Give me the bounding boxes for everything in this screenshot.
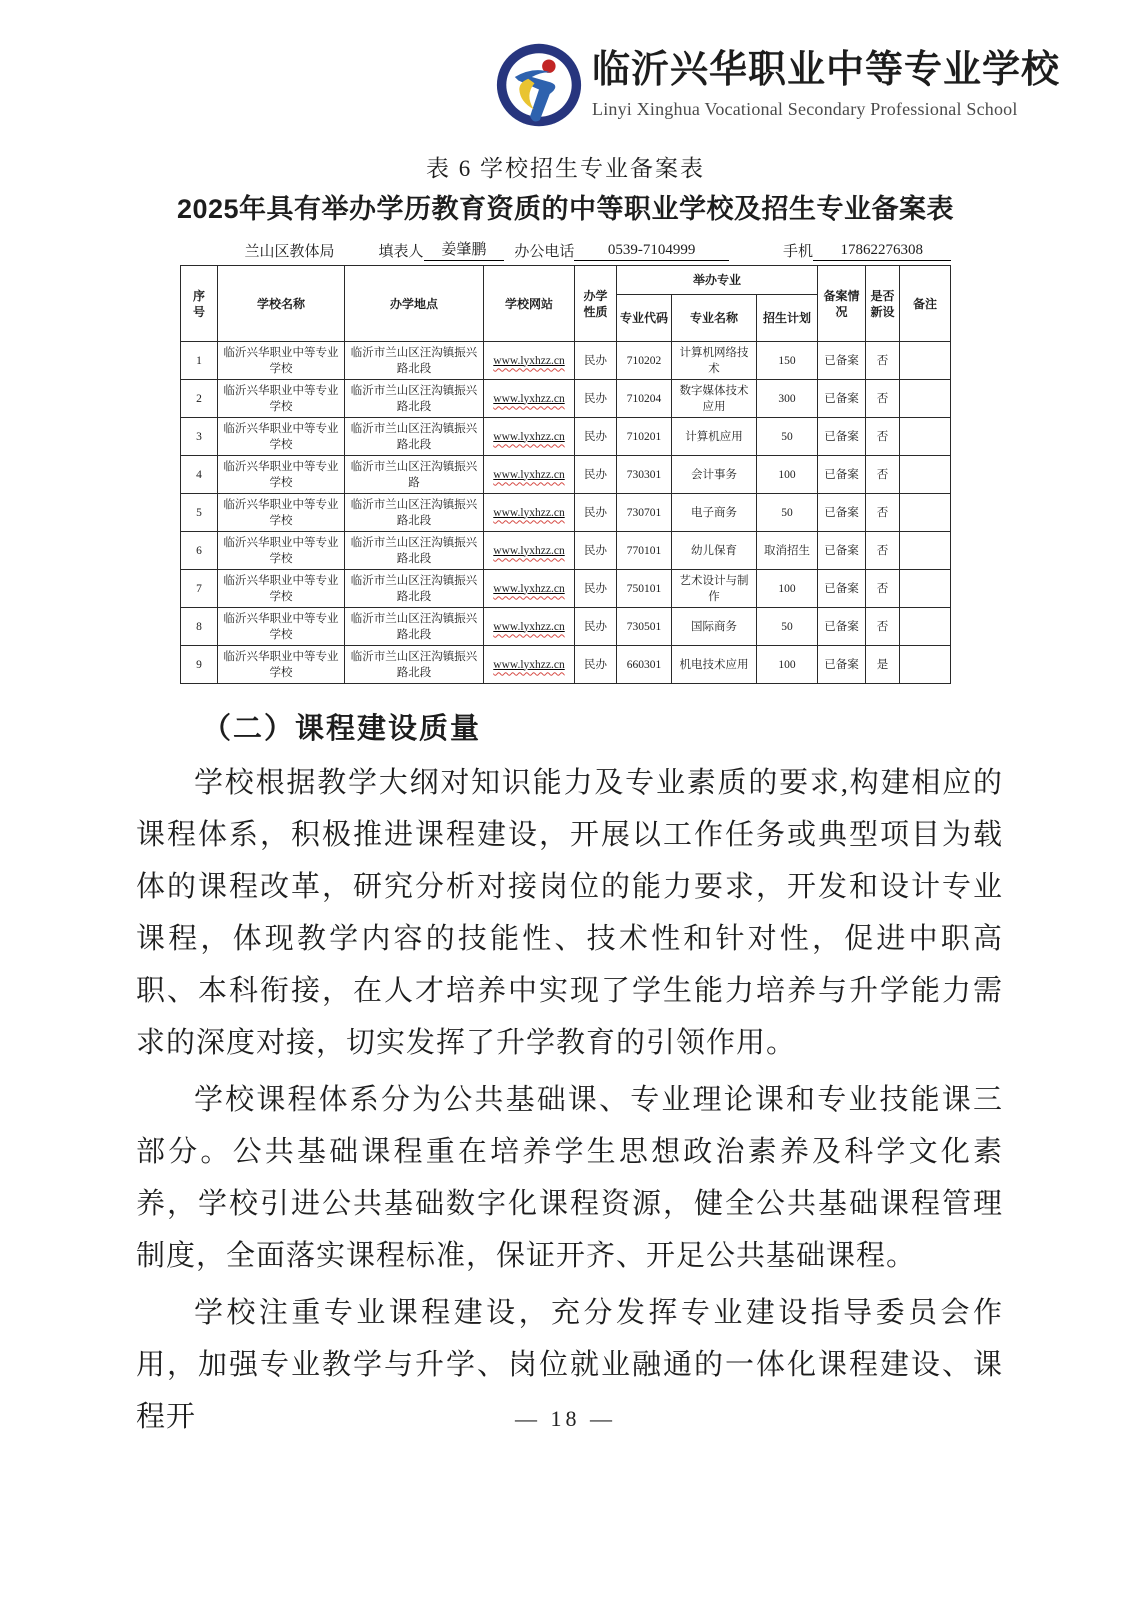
cell-is-new: 否 (866, 494, 900, 532)
cell-is-new: 否 (866, 380, 900, 418)
cell-record: 已备案 (818, 380, 866, 418)
cell-website: www.lyxhzz.cn (484, 646, 575, 684)
bureau-name: 兰山区教体局 (245, 240, 335, 261)
col-header-major-group: 举办专业 (617, 266, 818, 295)
cell-school: 临沂兴华职业中等专业学校 (218, 342, 345, 380)
cell-address: 临沂市兰山区汪沟镇振兴路北段 (345, 608, 484, 646)
cell-record: 已备案 (818, 456, 866, 494)
table-row: 2临沂兴华职业中等专业学校临沂市兰山区汪沟镇振兴路北段www.lyxhzz.cn… (181, 380, 951, 418)
cell-nature: 民办 (575, 342, 617, 380)
cell-plan: 150 (757, 342, 818, 380)
table-row: 6临沂兴华职业中等专业学校临沂市兰山区汪沟镇振兴路北段www.lyxhzz.cn… (181, 532, 951, 570)
cell-major: 会计事务 (672, 456, 757, 494)
filler-value: 姜肇鹏 (424, 240, 505, 261)
cell-address: 临沂市兰山区汪沟镇振兴路北段 (345, 532, 484, 570)
website-link: www.lyxhzz.cn (493, 545, 564, 557)
cell-code: 770101 (617, 532, 672, 570)
cell-school: 临沂兴华职业中等专业学校 (218, 532, 345, 570)
cell-website: www.lyxhzz.cn (484, 570, 575, 608)
body-content: （二）课程建设质量 学校根据教学大纲对知识能力及专业素质的要求,构建相应的课程体… (136, 706, 1003, 1443)
cell-code: 660301 (617, 646, 672, 684)
website-link: www.lyxhzz.cn (493, 355, 564, 367)
registration-table: 序号 学校名称 办学地点 学校网站 办学性质 举办专业 备案情况 是否新设 备注… (180, 265, 951, 684)
cell-address: 临沂市兰山区汪沟镇振兴路北段 (345, 380, 484, 418)
doc-title: 2025年具有举办学历教育资质的中等职业学校及招生专业备案表 (0, 187, 1131, 226)
section-heading: （二）课程建设质量 (136, 706, 1003, 752)
cell-address: 临沂市兰山区汪沟镇振兴路北段 (345, 494, 484, 532)
document-page: 临沂兴华职业中等专业学校 Linyi Xinghua Vocational Se… (0, 0, 1131, 1600)
cell-num: 1 (181, 342, 218, 380)
table-row: 8临沂兴华职业中等专业学校临沂市兰山区汪沟镇振兴路北段www.lyxhzz.cn… (181, 608, 951, 646)
cell-major: 幼儿保育 (672, 532, 757, 570)
cell-nature: 民办 (575, 380, 617, 418)
cell-note (900, 608, 951, 646)
cell-note (900, 646, 951, 684)
cell-num: 8 (181, 608, 218, 646)
cell-school: 临沂兴华职业中等专业学校 (218, 646, 345, 684)
cell-school: 临沂兴华职业中等专业学校 (218, 608, 345, 646)
col-header-record: 备案情况 (818, 266, 866, 342)
cell-num: 9 (181, 646, 218, 684)
school-name-cn: 临沂兴华职业中等专业学校 (592, 42, 1060, 99)
cell-school: 临沂兴华职业中等专业学校 (218, 456, 345, 494)
cell-num: 3 (181, 418, 218, 456)
cell-major: 数字媒体技术应用 (672, 380, 757, 418)
cell-is-new: 是 (866, 646, 900, 684)
cell-code: 730701 (617, 494, 672, 532)
website-link: www.lyxhzz.cn (493, 659, 564, 671)
cell-major: 国际商务 (672, 608, 757, 646)
paragraphs-container: 学校根据教学大纲对知识能力及专业素质的要求,构建相应的课程体系，积极推进课程建设… (136, 757, 1003, 1443)
cell-note (900, 494, 951, 532)
website-link: www.lyxhzz.cn (493, 621, 564, 633)
cell-nature: 民办 (575, 570, 617, 608)
body-paragraph: 学校根据教学大纲对知识能力及专业素质的要求,构建相应的课程体系，积极推进课程建设… (136, 757, 1003, 1069)
website-link: www.lyxhzz.cn (493, 469, 564, 481)
table-body: 1临沂兴华职业中等专业学校临沂市兰山区汪沟镇振兴路北段www.lyxhzz.cn… (181, 342, 951, 684)
cell-code: 710204 (617, 380, 672, 418)
cell-is-new: 否 (866, 342, 900, 380)
cell-address: 临沂市兰山区汪沟镇振兴路 (345, 456, 484, 494)
cell-website: www.lyxhzz.cn (484, 418, 575, 456)
form-line: 兰山区教体局 填表人 姜肇鹏 办公电话 0539-7104999 手机 1786… (181, 240, 951, 261)
office-phone-value: 0539-7104999 (574, 240, 729, 261)
cell-address: 临沂市兰山区汪沟镇振兴路北段 (345, 646, 484, 684)
cell-is-new: 否 (866, 532, 900, 570)
cell-is-new: 否 (866, 608, 900, 646)
school-logo-icon (494, 42, 584, 128)
school-name-block: 临沂兴华职业中等专业学校 Linyi Xinghua Vocational Se… (592, 42, 1060, 120)
cell-plan: 100 (757, 646, 818, 684)
table-row: 4临沂兴华职业中等专业学校临沂市兰山区汪沟镇振兴路www.lyxhzz.cn民办… (181, 456, 951, 494)
cell-address: 临沂市兰山区汪沟镇振兴路北段 (345, 570, 484, 608)
cell-website: www.lyxhzz.cn (484, 342, 575, 380)
page-number: — 18 — (0, 1406, 1131, 1432)
table-row: 1临沂兴华职业中等专业学校临沂市兰山区汪沟镇振兴路北段www.lyxhzz.cn… (181, 342, 951, 380)
cell-record: 已备案 (818, 532, 866, 570)
website-link: www.lyxhzz.cn (493, 393, 564, 405)
website-link: www.lyxhzz.cn (493, 431, 564, 443)
cell-nature: 民办 (575, 418, 617, 456)
col-header-note: 备注 (900, 266, 951, 342)
cell-record: 已备案 (818, 646, 866, 684)
col-header-major: 专业名称 (672, 295, 757, 342)
cell-nature: 民办 (575, 608, 617, 646)
cell-code: 710202 (617, 342, 672, 380)
cell-num: 6 (181, 532, 218, 570)
col-header-is-new: 是否新设 (866, 266, 900, 342)
cell-website: www.lyxhzz.cn (484, 532, 575, 570)
cell-is-new: 否 (866, 456, 900, 494)
office-phone-label: 办公电话 (514, 240, 574, 261)
cell-nature: 民办 (575, 456, 617, 494)
col-header-website: 学校网站 (484, 266, 575, 342)
mobile-label: 手机 (783, 240, 813, 261)
cell-plan: 300 (757, 380, 818, 418)
table-row: 7临沂兴华职业中等专业学校临沂市兰山区汪沟镇振兴路北段www.lyxhzz.cn… (181, 570, 951, 608)
cell-note (900, 342, 951, 380)
cell-note (900, 532, 951, 570)
cell-record: 已备案 (818, 342, 866, 380)
cell-major: 机电技术应用 (672, 646, 757, 684)
filler-label: 填表人 (379, 240, 424, 261)
cell-is-new: 否 (866, 418, 900, 456)
cell-school: 临沂兴华职业中等专业学校 (218, 494, 345, 532)
cell-num: 5 (181, 494, 218, 532)
cell-num: 7 (181, 570, 218, 608)
website-link: www.lyxhzz.cn (493, 507, 564, 519)
cell-num: 2 (181, 380, 218, 418)
cell-address: 临沂市兰山区汪沟镇振兴路北段 (345, 342, 484, 380)
letterhead: 临沂兴华职业中等专业学校 Linyi Xinghua Vocational Se… (494, 42, 1060, 128)
cell-record: 已备案 (818, 418, 866, 456)
cell-plan: 50 (757, 608, 818, 646)
school-name-en: Linyi Xinghua Vocational Secondary Profe… (592, 99, 1060, 120)
cell-record: 已备案 (818, 570, 866, 608)
cell-major: 计算机网络技术 (672, 342, 757, 380)
col-header-school: 学校名称 (218, 266, 345, 342)
cell-nature: 民办 (575, 646, 617, 684)
cell-nature: 民办 (575, 532, 617, 570)
table-row: 5临沂兴华职业中等专业学校临沂市兰山区汪沟镇振兴路北段www.lyxhzz.cn… (181, 494, 951, 532)
cell-plan: 取消招生 (757, 532, 818, 570)
cell-address: 临沂市兰山区汪沟镇振兴路北段 (345, 418, 484, 456)
cell-code: 730301 (617, 456, 672, 494)
cell-school: 临沂兴华职业中等专业学校 (218, 418, 345, 456)
col-header-code: 专业代码 (617, 295, 672, 342)
cell-num: 4 (181, 456, 218, 494)
mobile-value: 17862276308 (813, 240, 950, 261)
cell-website: www.lyxhzz.cn (484, 380, 575, 418)
cell-note (900, 418, 951, 456)
cell-note (900, 570, 951, 608)
table-row: 9临沂兴华职业中等专业学校临沂市兰山区汪沟镇振兴路北段www.lyxhzz.cn… (181, 646, 951, 684)
col-header-address: 办学地点 (345, 266, 484, 342)
cell-note (900, 380, 951, 418)
cell-code: 710201 (617, 418, 672, 456)
cell-nature: 民办 (575, 494, 617, 532)
body-paragraph: 学校课程体系分为公共基础课、专业理论课和专业技能课三部分。公共基础课程重在培养学… (136, 1074, 1003, 1282)
cell-major: 计算机应用 (672, 418, 757, 456)
cell-plan: 50 (757, 494, 818, 532)
website-link: www.lyxhzz.cn (493, 583, 564, 595)
col-header-num: 序号 (181, 266, 218, 342)
cell-website: www.lyxhzz.cn (484, 494, 575, 532)
cell-school: 临沂兴华职业中等专业学校 (218, 570, 345, 608)
cell-plan: 100 (757, 456, 818, 494)
cell-code: 750101 (617, 570, 672, 608)
cell-note (900, 456, 951, 494)
cell-website: www.lyxhzz.cn (484, 456, 575, 494)
cell-record: 已备案 (818, 608, 866, 646)
cell-major: 艺术设计与制作 (672, 570, 757, 608)
cell-plan: 100 (757, 570, 818, 608)
col-header-plan: 招生计划 (757, 295, 818, 342)
cell-code: 730501 (617, 608, 672, 646)
col-header-nature: 办学性质 (575, 266, 617, 342)
cell-school: 临沂兴华职业中等专业学校 (218, 380, 345, 418)
cell-is-new: 否 (866, 570, 900, 608)
cell-website: www.lyxhzz.cn (484, 608, 575, 646)
table-row: 3临沂兴华职业中等专业学校临沂市兰山区汪沟镇振兴路北段www.lyxhzz.cn… (181, 418, 951, 456)
cell-record: 已备案 (818, 494, 866, 532)
cell-plan: 50 (757, 418, 818, 456)
cell-major: 电子商务 (672, 494, 757, 532)
